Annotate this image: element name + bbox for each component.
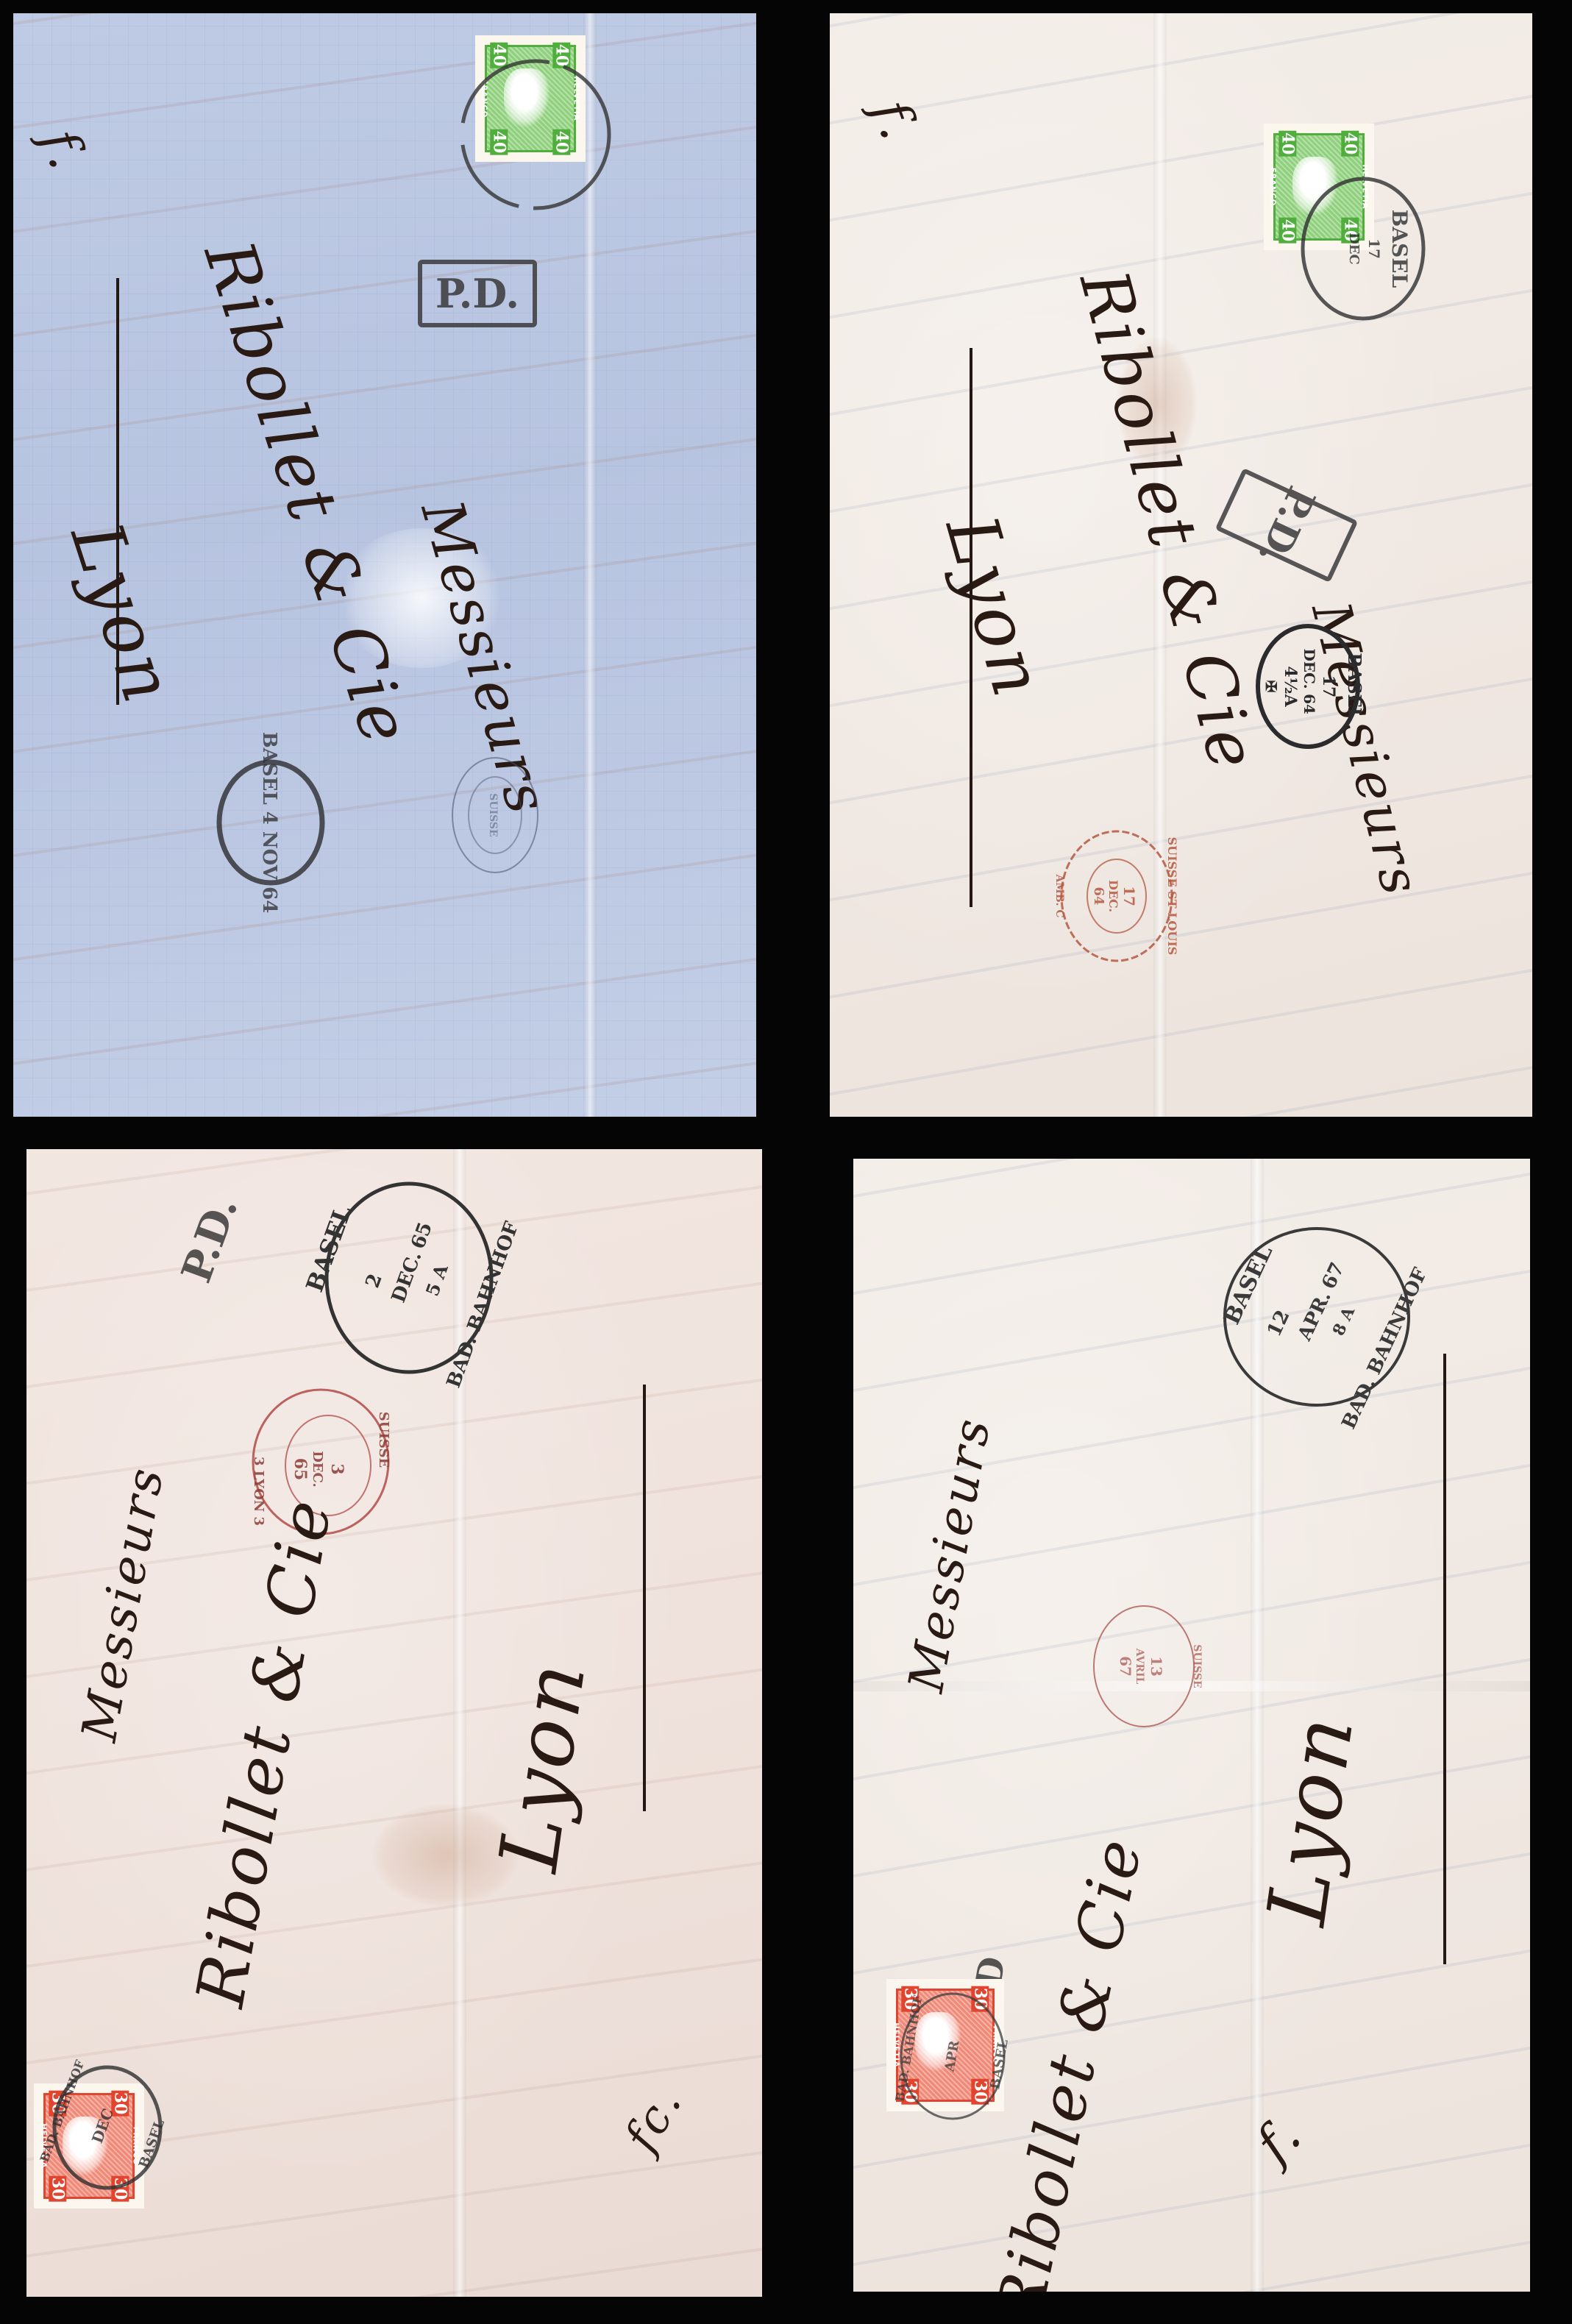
docket-initials: fc. bbox=[613, 2077, 693, 2161]
cover-2: 40 40 40 40 HELVETIA FRANCO BASEL 17 DEC… bbox=[830, 13, 1532, 1117]
svg-text:BASEL: BASEL bbox=[1344, 653, 1365, 720]
svg-text:BASEL 4 NOV 64: BASEL 4 NOV 64 bbox=[258, 732, 280, 914]
svg-text:DEC.: DEC. bbox=[388, 1248, 427, 1306]
underline-stroke bbox=[116, 278, 119, 705]
underline-stroke bbox=[643, 1385, 646, 1811]
svg-text:3 LYON 3: 3 LYON 3 bbox=[251, 1457, 266, 1526]
underline-stroke bbox=[970, 348, 972, 907]
svg-text:65: 65 bbox=[407, 1219, 437, 1251]
svg-text:BASEL: BASEL bbox=[136, 2117, 168, 2170]
postmark-basel-on-stamp: partial strike bbox=[455, 54, 616, 218]
address-name: Ribollet & Cie bbox=[182, 1492, 347, 2012]
svg-text:AMB. C: AMB. C bbox=[1053, 873, 1065, 917]
svg-text:SUISSE: SUISSE bbox=[487, 793, 499, 836]
svg-text:BASEL: BASEL bbox=[1387, 210, 1412, 288]
address-city: Lyon bbox=[55, 513, 191, 714]
stamp-word: FRANCO bbox=[1269, 168, 1277, 206]
svg-text:65: 65 bbox=[291, 1458, 310, 1481]
svg-text:17: 17 bbox=[1319, 675, 1338, 698]
cover-1: 40 40 40 40 HELVETIA FRANCO partial stri… bbox=[13, 13, 756, 1117]
svg-text:DEC.: DEC. bbox=[310, 1451, 325, 1488]
postmark-basel-on-stamp: BAD. BAHNHOF DEC BASEL bbox=[49, 2061, 166, 2197]
svg-text:12: 12 bbox=[1263, 1307, 1294, 1340]
svg-text:APR: APR bbox=[942, 2039, 962, 2073]
address-city: Lyon bbox=[930, 507, 1060, 708]
postmark-basel-on-stamp: BAD. BAHNHOF APR BASEL bbox=[894, 1986, 1011, 2129]
svg-text:DEC: DEC bbox=[88, 2106, 117, 2146]
postmark-basel-bad-bahnhof-apr67: BASEL 12 APR. 67 8 A BAD. BAHNHOF bbox=[1214, 1218, 1420, 1419]
svg-text:BAD. BAHNHOF: BAD. BAHNHOF bbox=[443, 1218, 524, 1390]
svg-text:SUISSE ST LOUIS: SUISSE ST LOUIS bbox=[1165, 837, 1179, 956]
svg-text:2: 2 bbox=[362, 1271, 387, 1290]
svg-text:BASEL: BASEL bbox=[987, 2038, 1011, 2090]
svg-text:17: 17 bbox=[1120, 886, 1138, 906]
svg-text:SUISSE: SUISSE bbox=[376, 1412, 391, 1468]
svg-text:DEC.: DEC. bbox=[1106, 880, 1120, 912]
address-name: Ribollet & Cie bbox=[189, 232, 426, 756]
stamp-value: 40 bbox=[1278, 131, 1296, 157]
svg-text:8 A: 8 A bbox=[1329, 1304, 1359, 1339]
svg-text:64: 64 bbox=[1301, 694, 1318, 714]
svg-text:64: 64 bbox=[1091, 886, 1106, 905]
address-salutation: Messieurs bbox=[71, 1462, 175, 1746]
underline-stroke bbox=[1443, 1354, 1446, 1964]
docket-initial: f. bbox=[29, 121, 99, 179]
postmark-basel-dec64: BASEL 17 DEC. 64 4½A ✠ bbox=[1249, 616, 1367, 759]
svg-text:3: 3 bbox=[327, 1463, 346, 1474]
svg-text:APR.: APR. bbox=[1293, 1287, 1335, 1344]
svg-text:5 A: 5 A bbox=[422, 1261, 452, 1298]
pd-handstamp: P.D. bbox=[172, 1190, 248, 1289]
svg-text:67: 67 bbox=[1317, 1259, 1348, 1293]
svg-text:BAD. BAHNHOF: BAD. BAHNHOF bbox=[1338, 1264, 1432, 1432]
pd-boxed-handstamp: P.D. bbox=[1215, 468, 1359, 583]
svg-text:13: 13 bbox=[1148, 1656, 1165, 1677]
cover-4: BASEL 12 APR. 67 8 A BAD. BAHNHOF SUISSE… bbox=[853, 1159, 1530, 2292]
svg-text:DEC: DEC bbox=[1346, 232, 1362, 265]
stamp-value: 40 bbox=[1342, 131, 1359, 157]
postmark-basel-bad-bahnhof-dec65: BASEL 2 DEC. 65 5 A BAD. BAHNHOF bbox=[313, 1171, 505, 1387]
address-city: Lyon bbox=[1249, 1708, 1372, 1930]
svg-text:BASEL: BASEL bbox=[300, 1202, 357, 1296]
postmark-red-entry-dec64: SUISSE ST LOUIS 17 DEC. 64 AMB. C bbox=[1054, 822, 1179, 973]
pd-boxed-handstamp: P.D. bbox=[418, 260, 537, 327]
address-salutation: Messieurs bbox=[897, 1412, 1002, 1696]
postmark-basel-black: BASEL 4 NOV 64 bbox=[212, 753, 330, 895]
svg-text:17: 17 bbox=[1365, 238, 1383, 259]
svg-text:AVRIL: AVRIL bbox=[1134, 1648, 1145, 1685]
postmark-basel-on-stamp: BASEL 17 DEC bbox=[1293, 160, 1433, 333]
postmark-red-entry-apr67: SUISSE 13 AVRIL 67 bbox=[1089, 1600, 1199, 1735]
address-city: Lyon bbox=[481, 1655, 604, 1876]
svg-text:✠: ✠ bbox=[1262, 681, 1280, 693]
cover-3: P.D. BASEL 2 DEC. 65 5 A BAD. BAHNHOF SU… bbox=[26, 1149, 762, 2297]
svg-text:4½A: 4½A bbox=[1281, 666, 1300, 707]
svg-text:SUISSE: SUISSE bbox=[1191, 1644, 1203, 1688]
svg-text:67: 67 bbox=[1117, 1656, 1134, 1677]
svg-text:DEC.: DEC. bbox=[1301, 648, 1318, 689]
svg-text:BASEL: BASEL bbox=[1219, 1242, 1278, 1329]
postmark-faint-entry: SUISSE bbox=[447, 753, 543, 881]
svg-text:BAD. BAHNHOF: BAD. BAHNHOF bbox=[892, 1994, 925, 2103]
docket-initial: f. bbox=[860, 92, 930, 149]
